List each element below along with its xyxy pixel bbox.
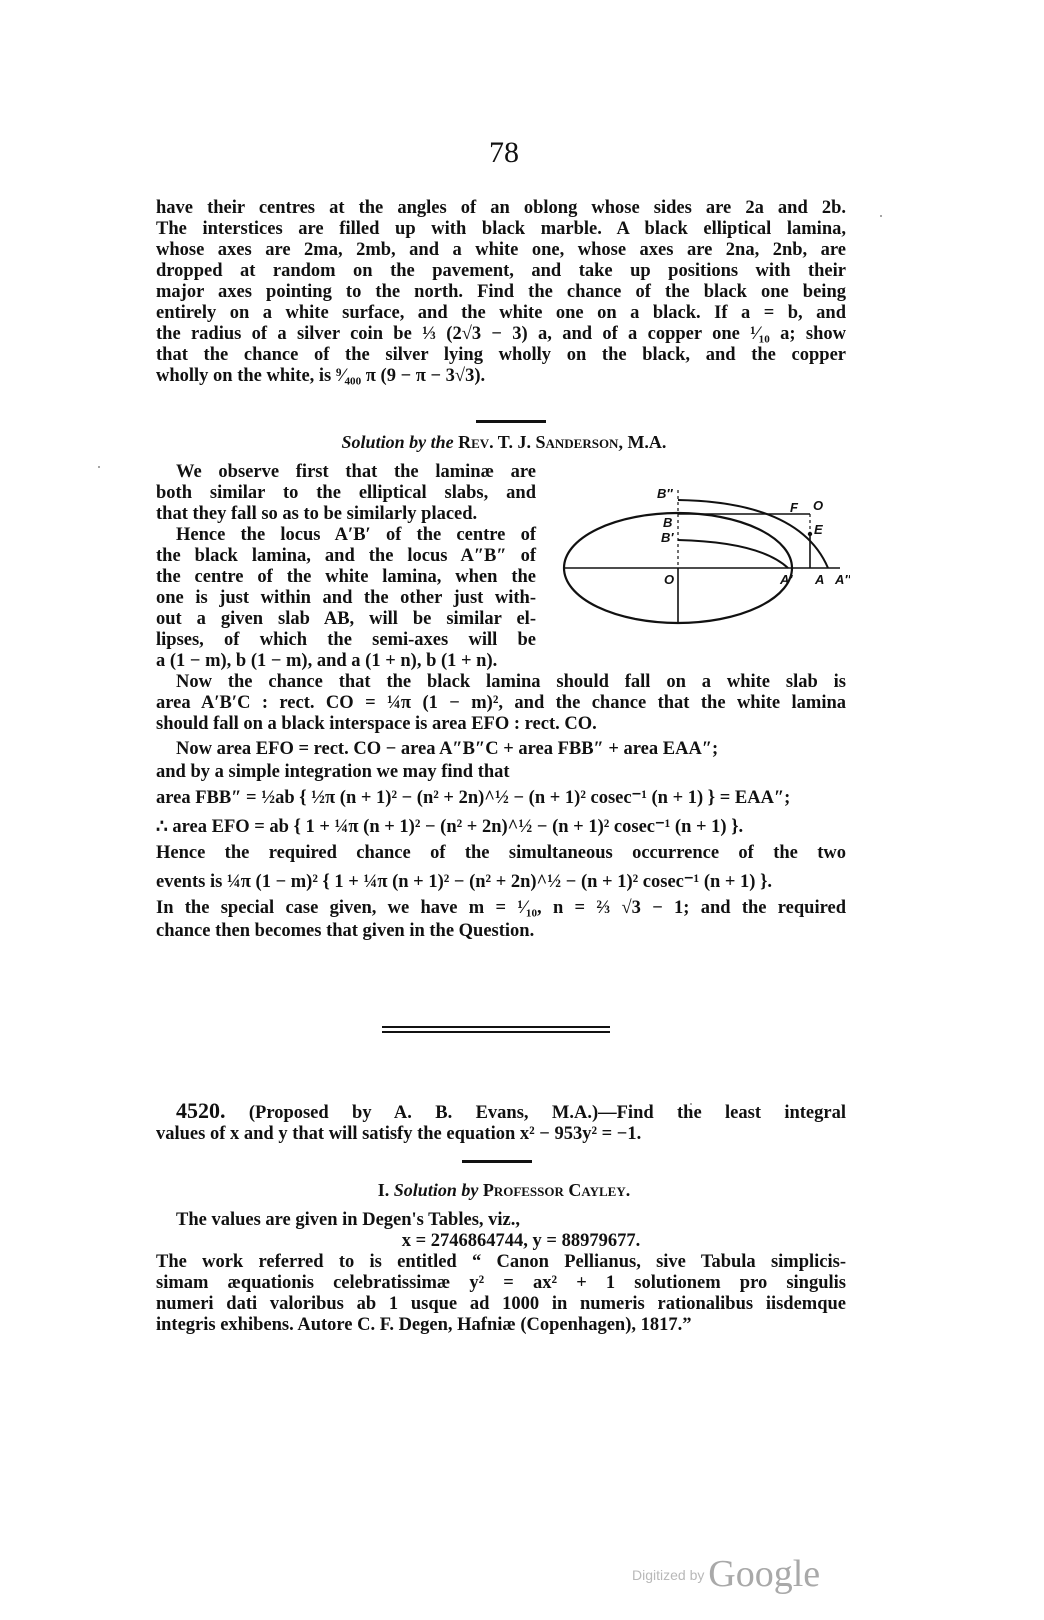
solution-heading-italic: Solution by the <box>342 432 454 452</box>
text-line: Now the chance that the black lamina sho… <box>156 672 846 693</box>
solution-number: I. <box>378 1180 390 1200</box>
text-line: have their centres at the angles of an o… <box>156 198 846 219</box>
ellipse-diagram: B″ B B′ O F O E A′ A A″ <box>560 470 850 630</box>
question-number: 4520. <box>176 1098 226 1123</box>
equation-line: ∴ area EFO = ab { 1 + ¼π (n + 1)² − (n² … <box>156 816 846 839</box>
equation-line: area FBB″ = ½ab { ½π (n + 1)² − (n² + 2n… <box>156 787 846 810</box>
section-divider <box>476 420 546 423</box>
text-line: that the chance of the silver lying whol… <box>156 345 846 366</box>
question-text: (Proposed by A. B. Evans, M.A.)—Find the… <box>249 1103 846 1123</box>
label-b: B <box>663 515 672 530</box>
solution-heading: I. Solution by Professor Cayley. <box>0 1180 1008 1201</box>
label-o-centre: O <box>664 572 674 587</box>
google-logo: Google <box>708 1553 820 1595</box>
label-a-double-prime: A″ <box>834 572 850 587</box>
label-e: E <box>814 522 823 537</box>
speck <box>880 215 882 217</box>
text-line: wholly on the white, is ⁹⁄₄₀₀ π (9 − π −… <box>156 366 846 387</box>
text-line: out a given slab AB, will be similar el- <box>156 609 536 630</box>
double-rule-bottom <box>382 1031 610 1033</box>
solution-heading-italic: Solution by <box>394 1180 479 1200</box>
text-line: and by a simple integration we may find … <box>156 761 846 784</box>
solution-author: Rev. T. J. Sanderson, M.A. <box>458 432 666 452</box>
text-line: whose axes are 2ma, 2mb, and a white one… <box>156 240 846 261</box>
text-line: integris exhibens. Autore C. F. Degen, H… <box>156 1315 846 1336</box>
text-line: a (1 − m), b (1 − m), and a (1 + n), b (… <box>156 651 536 672</box>
digitized-by-watermark: Digitized by Google <box>632 1552 820 1596</box>
solution-equations: Now area EFO = rect. CO − area A″B″C + a… <box>156 738 846 942</box>
solution-column-text: We observe first that the laminæ are bot… <box>156 462 536 672</box>
page-number: 78 <box>0 136 1008 170</box>
label-b-double-prime: B″ <box>657 486 673 501</box>
question-continuation: have their centres at the angles of an o… <box>156 198 846 387</box>
speck <box>98 466 100 468</box>
text-line: The interstices are filled up with black… <box>156 219 846 240</box>
solution-author: Professor Cayley. <box>483 1180 630 1200</box>
label-o-corner: O <box>813 498 823 513</box>
text-line: Hence the locus A′B′ of the centre of <box>156 525 536 546</box>
label-a-prime: A′ <box>779 572 793 587</box>
values-line: x = 2746864744, y = 88979677. <box>156 1231 846 1252</box>
double-rule-top <box>382 1026 610 1028</box>
text-line: area A′B′C : rect. CO = ¼π (1 − m)², and… <box>156 693 846 714</box>
text-line: numeri dati valoribus ab 1 usque ad 1000… <box>156 1294 846 1315</box>
speck <box>690 1103 692 1105</box>
question-4520: 4520. (Proposed by A. B. Evans, M.A.)—Fi… <box>156 1100 846 1145</box>
text-line: major axes pointing to the north. Find t… <box>156 282 846 303</box>
text-line: The work referred to is entitled “ Canon… <box>156 1252 846 1273</box>
text-line: one is just within and the other just wi… <box>156 588 536 609</box>
text-line: 4520. (Proposed by A. B. Evans, M.A.)—Fi… <box>156 1100 846 1124</box>
solution-2-text: The values are given in Degen's Tables, … <box>156 1210 846 1336</box>
text-line: should fall on a black interspace is are… <box>156 714 846 735</box>
text-line: both similar to the elliptical slabs, an… <box>156 483 536 504</box>
text-line: the black lamina, and the locus A″B″ of <box>156 546 536 567</box>
text-line: values of x and y that will satisfy the … <box>156 1124 846 1145</box>
text-line: entirely on a white surface, and the whi… <box>156 303 846 324</box>
text-line: the centre of the white lamina, when the <box>156 567 536 588</box>
text-line: chance then becomes that given in the Qu… <box>156 920 846 943</box>
label-a: A <box>814 572 824 587</box>
label-b-prime: B′ <box>661 530 674 545</box>
text-line: The values are given in Degen's Tables, … <box>156 1210 846 1231</box>
text-line: lipses, of which the semi-axes will be <box>156 630 536 651</box>
text-line: that they fall so as to be similarly pla… <box>156 504 536 525</box>
solution-text: Now the chance that the black lamina sho… <box>156 672 846 735</box>
label-f: F <box>790 500 799 515</box>
text-line: Hence the required chance of the simulta… <box>156 842 846 865</box>
text-line: dropped at random on the pavement, and t… <box>156 261 846 282</box>
text-line: the radius of a silver coin be ⅓ (2√3 − … <box>156 324 846 345</box>
watermark-prefix: Digitized by <box>632 1567 704 1583</box>
text-line: We observe first that the laminæ are <box>156 462 536 483</box>
equation-line: events is ¼π (1 − m)² { 1 + ¼π (n + 1)² … <box>156 871 846 894</box>
solution-heading: Solution by the Rev. T. J. Sanderson, M.… <box>0 432 1008 453</box>
text-line: simam æquationis celebratissimæ y² = ax²… <box>156 1273 846 1294</box>
equation-line: Now area EFO = rect. CO − area A″B″C + a… <box>156 738 846 761</box>
section-divider <box>462 1160 532 1163</box>
text-line: In the special case given, we have m = ¹… <box>156 897 846 920</box>
